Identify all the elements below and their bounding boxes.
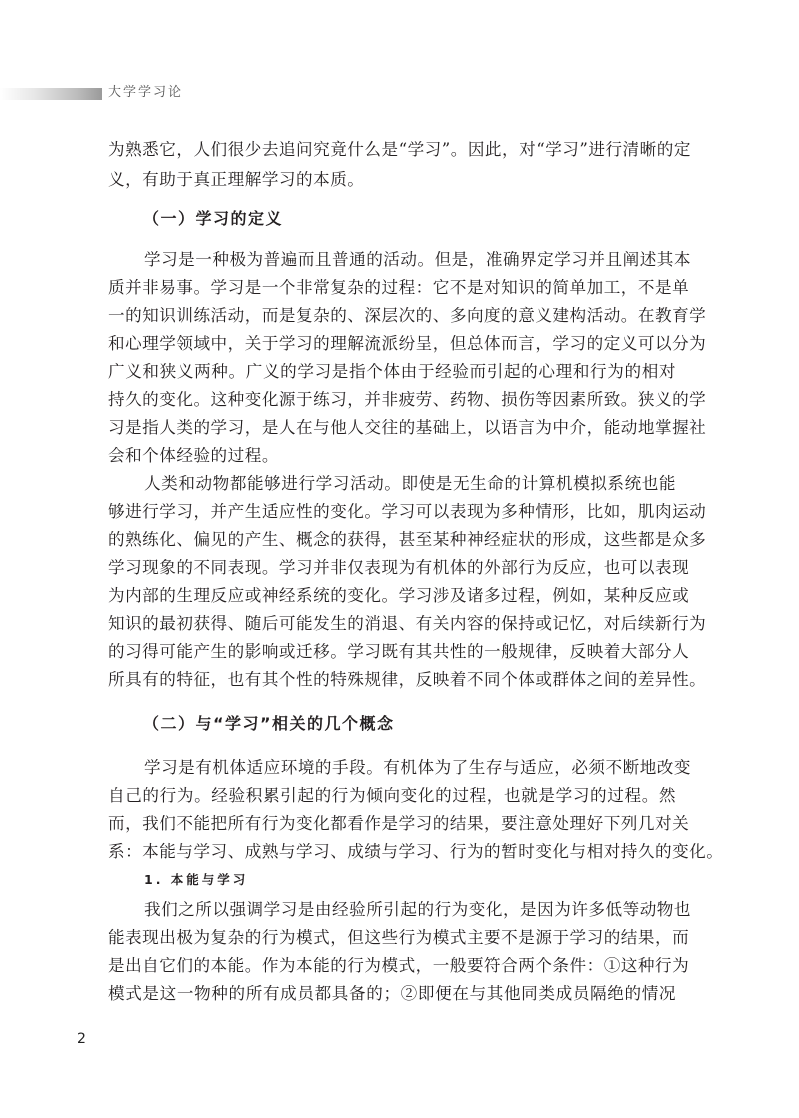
paragraph-line: 自己的行为。经验积累引起的行为倾向变化的过程，也就是学习的过程。然: [108, 785, 676, 807]
intro-line: 义，有助于真正理解学习的本质。: [108, 169, 676, 191]
running-header-title: 大学学习论: [108, 84, 183, 102]
paragraph-line: 学习是有机体适应环境的手段。有机体为了生存与适应，必须不断地改变: [144, 757, 676, 779]
paragraph-line: 学习现象的不同表现。学习并非仅表现为有机体的外部行为反应，也可以表现: [108, 557, 676, 579]
running-header-bar: [0, 88, 102, 100]
paragraph-line: 习是指人类的学习，是人在与他人交往的基础上，以语言为中介，能动地掌握社: [108, 417, 676, 439]
paragraph-line: 会和个体经验的过程。: [108, 445, 676, 467]
paragraph-line: 的习得可能产生的影响或迁移。学习既有其共性的一般规律，反映着大部分人: [108, 641, 676, 663]
page-number: 2: [77, 1030, 86, 1048]
section-heading-definition: （一）学习的定义: [143, 208, 283, 230]
paragraph-line: 为内部的生理反应或神经系统的变化。学习涉及诸多过程，例如，某种反应或: [108, 585, 676, 607]
paragraph-line: 质并非易事。学习是一个非常复杂的过程：它不是对知识的简单加工，不是单: [108, 277, 676, 299]
paragraph-line: 能表现出极为复杂的行为模式，但这些行为模式主要不是源于学习的结果，而: [108, 927, 676, 949]
paragraph-line: 模式是这一物种的所有成员都具备的；②即便在与其他同类成员隔绝的情况: [108, 983, 676, 1005]
subsection-heading-instinct: 1. 本能与学习: [144, 871, 248, 889]
section-heading-related-concepts: （二）与“学习”相关的几个概念: [143, 713, 395, 735]
paragraph-line: 够进行学习，并产生适应性的变化。学习可以表现为多种情形，比如，肌肉运动: [108, 501, 676, 523]
paragraph-line: 而，我们不能把所有行为变化都看作是学习的结果，要注意处理好下列几对关: [108, 813, 676, 835]
paragraph-line: 知识的最初获得、随后可能发生的消退、有关内容的保持或记忆，对后续新行为: [108, 613, 676, 635]
paragraph-line: 系：本能与学习、成熟与学习、成绩与学习、行为的暂时变化与相对持久的变化。: [108, 841, 676, 863]
paragraph-line: 和心理学领域中，关于学习的理解流派纷呈，但总体而言，学习的定义可以分为: [108, 333, 676, 355]
paragraph-line: 我们之所以强调学习是由经验所引起的行为变化，是因为许多低等动物也: [144, 899, 676, 921]
paragraph-line: 所具有的特征，也有其个性的特殊规律，反映着不同个体或群体之间的差异性。: [108, 669, 676, 691]
paragraph-line: 学习是一种极为普遍而且普通的活动。但是，准确界定学习并且阐述其本: [144, 249, 676, 271]
paragraph-line: 人类和动物都能够进行学习活动。即使是无生命的计算机模拟系统也能: [144, 473, 676, 495]
paragraph-line: 是出自它们的本能。作为本能的行为模式，一般要符合两个条件：①这种行为: [108, 955, 676, 977]
paragraph-line: 持久的变化。这种变化源于练习，并非疲劳、药物、损伤等因素所致。狭义的学: [108, 389, 676, 411]
intro-line: 为熟悉它，人们很少去追问究竟什么是“学习”。因此，对“学习”进行清晰的定: [108, 139, 676, 161]
paragraph-line: 广义和狭义两种。广义的学习是指个体由于经验而引起的心理和行为的相对: [108, 361, 676, 383]
paragraph-line: 一的知识训练活动，而是复杂的、深层次的、多向度的意义建构活动。在教育学: [108, 305, 676, 327]
paragraph-line: 的熟练化、偏见的产生、概念的获得，甚至某种神经症状的形成，这些都是众多: [108, 529, 676, 551]
